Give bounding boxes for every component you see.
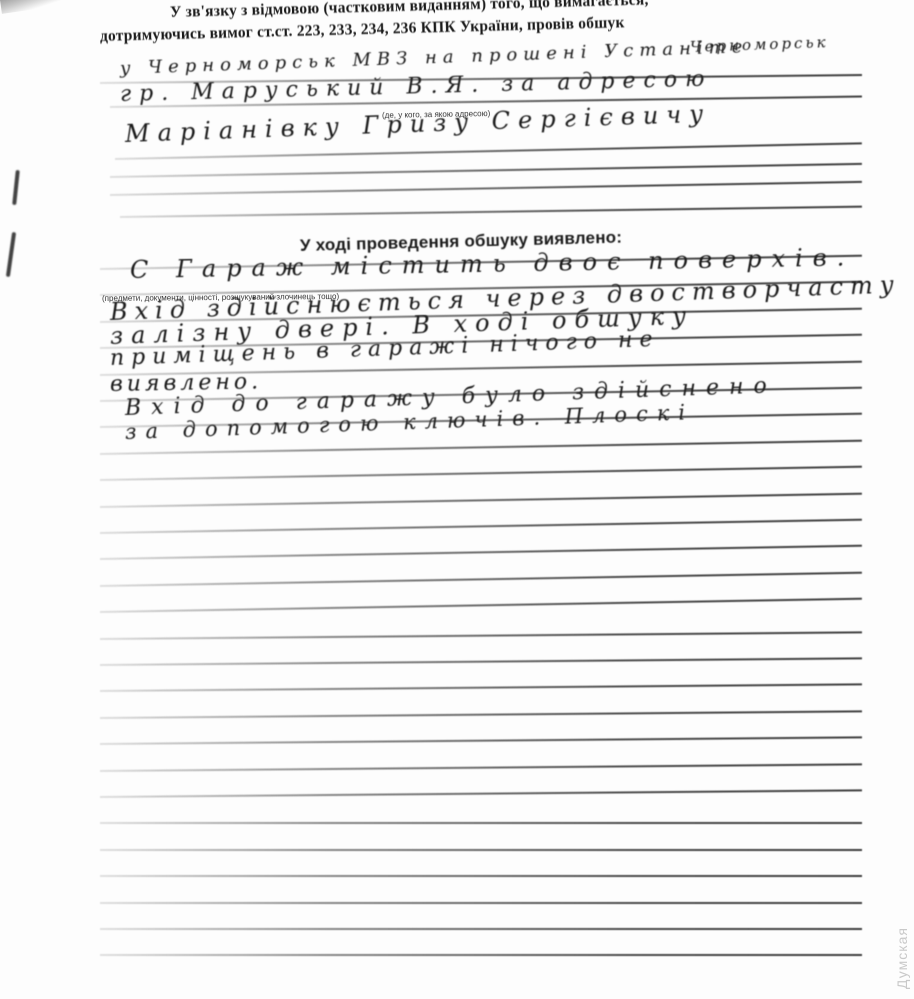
margin-mark (12, 170, 20, 205)
margin-mark (6, 232, 16, 277)
handwritten-line: Маріанівку Гризу Сергієвичу (125, 100, 712, 148)
ruled-line (100, 849, 862, 851)
ruled-line (100, 902, 862, 904)
ruled-line (100, 572, 862, 587)
ruled-line (100, 631, 862, 640)
ruled-line (120, 206, 862, 218)
ruled-line (100, 875, 862, 877)
ruled-line (100, 763, 862, 772)
ruled-line (100, 736, 862, 745)
ruled-line (100, 466, 862, 481)
ruled-line (100, 545, 862, 560)
ruled-line (110, 181, 862, 196)
ruled-line (100, 440, 862, 455)
ruled-line (100, 598, 862, 613)
ruled-line (100, 954, 862, 956)
ruled-line (100, 710, 862, 719)
ruled-line (100, 822, 862, 824)
scanned-document-page: У зв'язку з відмовою (частковим виданням… (0, 0, 914, 999)
ruled-line (100, 683, 862, 692)
ruled-line (100, 928, 862, 930)
scan-smudge (0, 0, 81, 14)
ruled-line (100, 519, 862, 534)
watermark: Думская (894, 927, 910, 989)
ruled-line (110, 163, 862, 178)
ruled-line (115, 142, 862, 160)
ruled-line (100, 657, 862, 666)
ruled-line (100, 493, 862, 508)
ruled-line (100, 789, 862, 798)
